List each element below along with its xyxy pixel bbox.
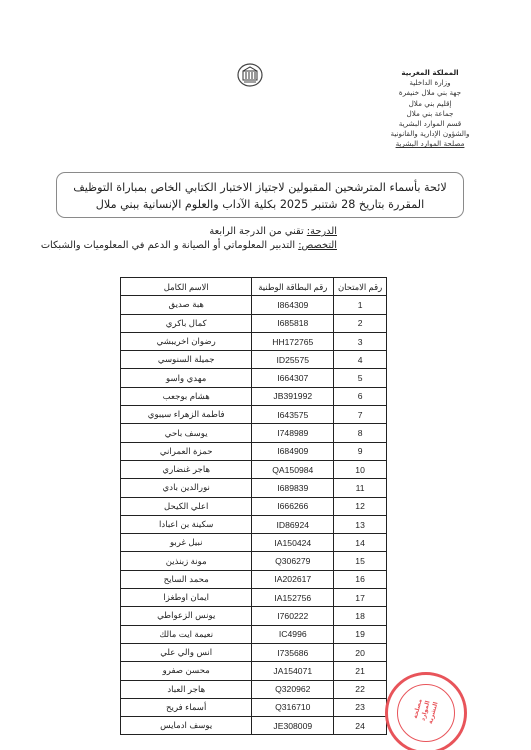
national-id-cell: Q316710	[252, 698, 334, 716]
national-id-cell: ID25575	[252, 351, 334, 369]
table-row: 17IA152756ايمان اوطغزا	[121, 589, 387, 607]
full-name-cell: يونس الزعواطي	[121, 607, 252, 625]
full-name-cell: سكينة بن اعبادا	[121, 515, 252, 533]
title-line-1: لائحة بأسماء المترشحين المقبولين لاجتياز…	[57, 179, 463, 196]
exam-number-cell: 4	[334, 351, 387, 369]
table-row: 22Q320962هاجر العباد	[121, 680, 387, 698]
table-row: 3HH172765رضوان اخريبشي	[121, 332, 387, 350]
full-name-cell: هشام بوجعب	[121, 387, 252, 405]
grade-label: الدرجة:	[307, 226, 337, 237]
exam-meta: الدرجة: تقني من الدرجة الرابعة التخصص: ا…	[41, 225, 337, 253]
header-line: مصلحة الموارد البشرية	[355, 139, 505, 149]
table-row: 10QA150984هاجر غنضاري	[121, 460, 387, 478]
exam-number-cell: 6	[334, 387, 387, 405]
table-row: 5I664307مهدي واسو	[121, 369, 387, 387]
full-name-cell: محسن صفرو	[121, 662, 252, 680]
national-id-cell: Q306279	[252, 552, 334, 570]
full-name-cell: كمال باكري	[121, 314, 252, 332]
document-page: المملكة المغربية وزارة الداخلية جهة بني …	[0, 0, 531, 750]
national-id-cell: QA150984	[252, 460, 334, 478]
national-id-cell: Q320962	[252, 680, 334, 698]
table-row: 19IC4996نعيمة ايت مالك	[121, 625, 387, 643]
full-name-cell: حمزة العمراني	[121, 442, 252, 460]
exam-number-cell: 17	[334, 589, 387, 607]
stamp-text: مصلحة الموارد البشرية	[409, 689, 443, 734]
emblem-icon	[237, 63, 263, 87]
national-id-cell: JA154071	[252, 662, 334, 680]
exam-number-cell: 1	[334, 296, 387, 314]
table-row: 14IA150424نبيل غربو	[121, 534, 387, 552]
header-national-id: رقم البطاقة الوطنية	[252, 278, 334, 296]
full-name-cell: فاطمة الزهراء سيبوي	[121, 406, 252, 424]
national-id-cell: I760222	[252, 607, 334, 625]
table-row: 2I685818كمال باكري	[121, 314, 387, 332]
exam-number-cell: 5	[334, 369, 387, 387]
table-header-row: رقم الامتحان رقم البطاقة الوطنية الاسم ا…	[121, 278, 387, 296]
candidates-table: رقم الامتحان رقم البطاقة الوطنية الاسم ا…	[120, 277, 387, 735]
header-line: إقليم بني ملال	[355, 99, 505, 109]
exam-number-cell: 10	[334, 460, 387, 478]
header-line: وزارة الداخلية	[355, 78, 505, 88]
header-line: جهة بني ملال خنيفرة	[355, 88, 505, 98]
header-line: والشؤون الإدارية والقانونية	[355, 129, 505, 139]
table-row: 7I643575فاطمة الزهراء سيبوي	[121, 406, 387, 424]
national-id-cell: I735686	[252, 643, 334, 661]
full-name-cell: انس والي علي	[121, 643, 252, 661]
full-name-cell: مهدي واسو	[121, 369, 252, 387]
exam-number-cell: 23	[334, 698, 387, 716]
full-name-cell: مونة زبنذين	[121, 552, 252, 570]
header-line: جماعة بني ملال	[355, 109, 505, 119]
national-id-cell: I684909	[252, 442, 334, 460]
exam-number-cell: 21	[334, 662, 387, 680]
full-name-cell: اعلي الكيحل	[121, 497, 252, 515]
exam-number-cell: 14	[334, 534, 387, 552]
full-name-cell: نبيل غربو	[121, 534, 252, 552]
table-row: 21JA154071محسن صفرو	[121, 662, 387, 680]
national-id-cell: I664307	[252, 369, 334, 387]
full-name-cell: هاجر غنضاري	[121, 460, 252, 478]
specialty-label: التخصص:	[298, 240, 337, 251]
exam-number-cell: 24	[334, 717, 387, 735]
header-line: المملكة المغربية	[355, 68, 505, 78]
document-title: لائحة بأسماء المترشحين المقبولين لاجتياز…	[56, 172, 464, 218]
full-name-cell: محمد السايح	[121, 570, 252, 588]
exam-number-cell: 9	[334, 442, 387, 460]
table-row: 1I864309هبة صديق	[121, 296, 387, 314]
national-id-cell: I689839	[252, 479, 334, 497]
full-name-cell: نعيمة ايت مالك	[121, 625, 252, 643]
table-row: 12I666266اعلي الكيحل	[121, 497, 387, 515]
full-name-cell: رضوان اخريبشي	[121, 332, 252, 350]
specialty-row: التخصص: التدبير المعلوماتي أو الصيانة و …	[41, 239, 337, 253]
national-id-cell: I748989	[252, 424, 334, 442]
grade-row: الدرجة: تقني من الدرجة الرابعة	[41, 225, 337, 239]
national-id-cell: IA202617	[252, 570, 334, 588]
table-row: 16IA202617محمد السايح	[121, 570, 387, 588]
national-id-cell: JB391992	[252, 387, 334, 405]
exam-number-cell: 15	[334, 552, 387, 570]
national-id-cell: HH172765	[252, 332, 334, 350]
national-id-cell: IC4996	[252, 625, 334, 643]
full-name-cell: ايمان اوطغزا	[121, 589, 252, 607]
full-name-cell: يوسف ادمايس	[121, 717, 252, 735]
header-full-name: الاسم الكامل	[121, 278, 252, 296]
national-id-cell: IA152756	[252, 589, 334, 607]
specialty-value: التدبير المعلوماتي أو الصيانة و الدعم في…	[41, 240, 298, 251]
table-row: 9I684909حمزة العمراني	[121, 442, 387, 460]
exam-number-cell: 3	[334, 332, 387, 350]
full-name-cell: جميلة السنوسي	[121, 351, 252, 369]
full-name-cell: نورالدين بادي	[121, 479, 252, 497]
full-name-cell: يوسف باحي	[121, 424, 252, 442]
full-name-cell: هاجر العباد	[121, 680, 252, 698]
national-id-cell: IA150424	[252, 534, 334, 552]
exam-number-cell: 7	[334, 406, 387, 424]
header-exam-number: رقم الامتحان	[334, 278, 387, 296]
national-id-cell: I864309	[252, 296, 334, 314]
exam-number-cell: 11	[334, 479, 387, 497]
national-id-cell: ID86924	[252, 515, 334, 533]
official-stamp: مصلحة الموارد البشرية	[385, 672, 467, 750]
exam-number-cell: 20	[334, 643, 387, 661]
full-name-cell: أسماء فريح	[121, 698, 252, 716]
national-id-cell: I643575	[252, 406, 334, 424]
exam-number-cell: 13	[334, 515, 387, 533]
table-row: 13ID86924سكينة بن اعبادا	[121, 515, 387, 533]
exam-number-cell: 16	[334, 570, 387, 588]
exam-number-cell: 18	[334, 607, 387, 625]
exam-number-cell: 8	[334, 424, 387, 442]
table-row: 6JB391992هشام بوجعب	[121, 387, 387, 405]
exam-number-cell: 2	[334, 314, 387, 332]
national-id-cell: I666266	[252, 497, 334, 515]
exam-number-cell: 22	[334, 680, 387, 698]
table-row: 18I760222يونس الزعواطي	[121, 607, 387, 625]
exam-number-cell: 19	[334, 625, 387, 643]
table-row: 15Q306279مونة زبنذين	[121, 552, 387, 570]
table-row: 8I748989يوسف باحي	[121, 424, 387, 442]
title-line-2: المقررة بتاريخ 28 شتنبر 2025 بكلية الآدا…	[57, 196, 463, 213]
table-row: 24JE308009يوسف ادمايس	[121, 717, 387, 735]
administrative-header: المملكة المغربية وزارة الداخلية جهة بني …	[355, 68, 505, 150]
table-row: 20I735686انس والي علي	[121, 643, 387, 661]
grade-value: تقني من الدرجة الرابعة	[209, 226, 306, 237]
header-line: قسم الموارد البشرية	[355, 119, 505, 129]
table-row: 23Q316710أسماء فريح	[121, 698, 387, 716]
national-id-cell: I685818	[252, 314, 334, 332]
national-id-cell: JE308009	[252, 717, 334, 735]
table-row: 11I689839نورالدين بادي	[121, 479, 387, 497]
exam-number-cell: 12	[334, 497, 387, 515]
table-row: 4ID25575جميلة السنوسي	[121, 351, 387, 369]
full-name-cell: هبة صديق	[121, 296, 252, 314]
